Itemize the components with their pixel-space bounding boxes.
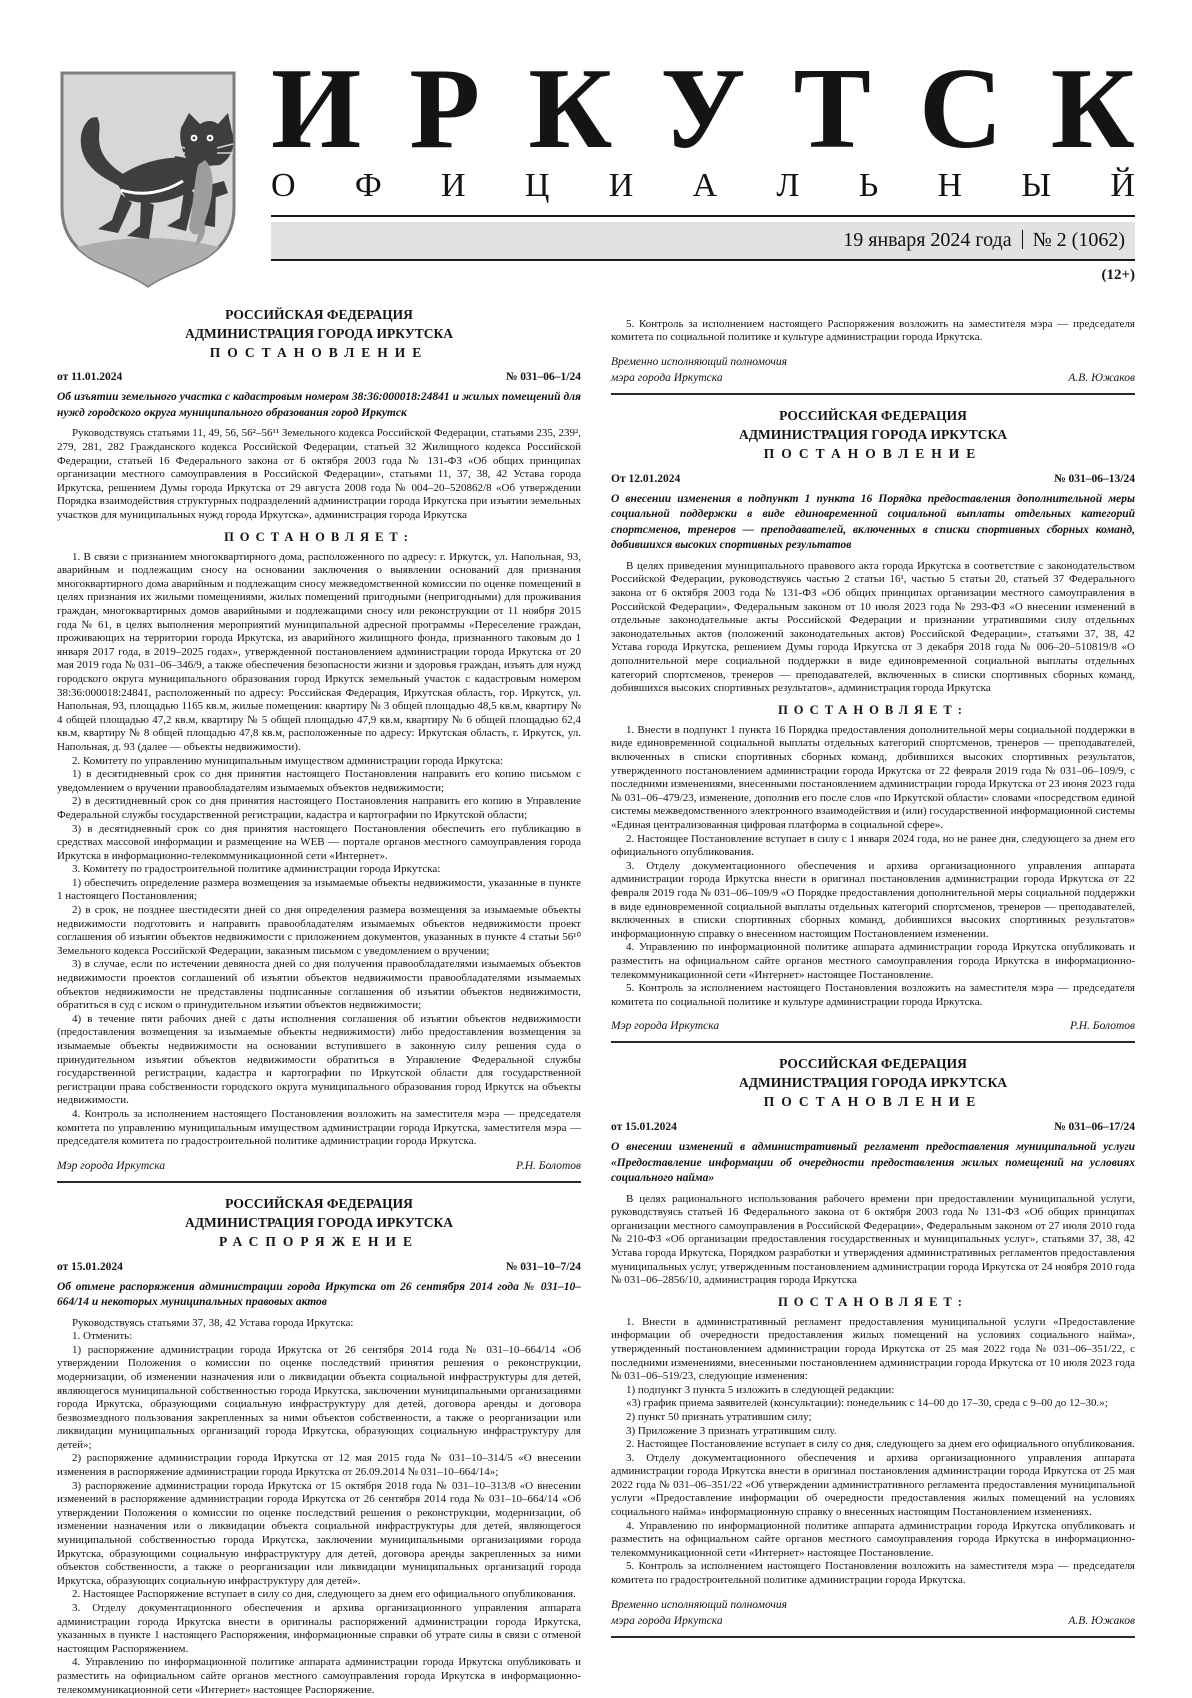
paragraph: 1) в десятидневный срок со дня принятия … [57,768,581,795]
org-line: РОССИЙСКАЯ ФЕДЕРАЦИЯ [611,1055,1135,1074]
masthead-letter: Л [776,168,799,204]
masthead-letter: А [693,168,718,204]
issue-date: 19 января 2024 года [843,229,1011,251]
masthead-letter: Т [794,58,871,160]
document-header: РОССИЙСКАЯ ФЕДЕРАЦИЯАДМИНИСТРАЦИЯ ГОРОДА… [57,306,581,363]
paragraph: 3. Отделу документационного обеспечения … [611,1452,1135,1520]
newspaper-title: ИРКУТСК [271,52,1135,160]
newspaper-subtitle: ОФИЦИАЛЬНЫЙ [271,168,1135,204]
signature-name: А.В. Южаков [1068,1613,1135,1629]
paragraph: «3) график приема заявителей (консультац… [611,1397,1135,1411]
document-divider [57,1181,581,1183]
document-date: от 15.01.2024 [57,1261,123,1273]
babr-emblem-icon [57,68,239,290]
masthead-letter: Ь [859,168,879,204]
masthead-letter: Ы [1021,168,1051,204]
org-line: АДМИНИСТРАЦИЯ ГОРОДА ИРКУТСКА [57,325,581,344]
document-meta: от 15.01.2024№ 031–06–17/24 [611,1121,1135,1133]
masthead-letter: И [609,168,634,204]
masthead-letter: Ц [525,168,550,204]
document-number: № 031–10–7/24 [506,1261,581,1273]
age-rating: (12+) [271,267,1135,284]
paragraph: 5. Контроль за исполнением настоящего По… [611,982,1135,1009]
paragraph: 2. Настоящее Постановление вступает в си… [611,833,1135,860]
signature-role-line: Временно исполняющий полномочия [611,1597,787,1613]
masthead-letter: К [1051,58,1135,160]
paragraph: 3) в случае, если по истечении девяноста… [57,958,581,1012]
paragraph: 3) Приложение 3 признать утратившим силу… [611,1425,1135,1439]
resolve-heading: ПОСТАНОВЛЯЕТ: [611,703,1135,718]
paragraph: В целях приведения муниципального правов… [611,560,1135,696]
signature-name: Р.Н. Болотов [516,1158,581,1174]
document-meta: от 15.01.2024№ 031–10–7/24 [57,1261,581,1273]
masthead-letter: С [919,58,1003,160]
paragraph: 3. Комитету по градостроительной политик… [57,863,581,877]
document-kind: РАСПОРЯЖЕНИЕ [57,1233,581,1252]
signature-role: Временно исполняющий полномочиямэра горо… [611,1597,787,1629]
left-column: РОССИЙСКАЯ ФЕДЕРАЦИЯАДМИНИСТРАЦИЯ ГОРОДА… [57,294,581,1697]
masthead-letter: Ф [355,168,382,204]
document-meta: От 12.01.2024№ 031–06–13/24 [611,473,1135,485]
newspaper-page: ИРКУТСК ОФИЦИАЛЬНЫЙ 19 января 2024 года№… [0,0,1192,1698]
document-divider [611,1636,1135,1638]
paragraph: Руководствуясь статьями 11, 49, 56, 56²–… [57,427,581,522]
signature-role-line: Мэр города Иркутска [57,1158,165,1174]
org-line: АДМИНИСТРАЦИЯ ГОРОДА ИРКУТСКА [57,1214,581,1233]
paragraph: 1) обеспечить определение размера возмещ… [57,877,581,904]
signature-role-line: мэра города Иркутска [611,1613,787,1629]
document-date: От 12.01.2024 [611,473,680,485]
org-line: РОССИЙСКАЯ ФЕДЕРАЦИЯ [611,407,1135,426]
signature: Временно исполняющий полномочиямэра горо… [611,354,1135,386]
masthead: ИРКУТСК ОФИЦИАЛЬНЫЙ 19 января 2024 года№… [57,52,1135,284]
org-line: АДМИНИСТРАЦИЯ ГОРОДА ИРКУТСКА [611,1074,1135,1093]
masthead-letter: Й [1110,168,1135,204]
masthead-right: ИРКУТСК ОФИЦИАЛЬНЫЙ 19 января 2024 года№… [271,52,1135,284]
document-number: № 031–06–13/24 [1054,473,1135,485]
document-kind: ПОСТАНОВЛЕНИЕ [57,344,581,363]
document-header: РОССИЙСКАЯ ФЕДЕРАЦИЯАДМИНИСТРАЦИЯ ГОРОДА… [611,407,1135,464]
masthead-rule [271,215,1135,217]
org-line: АДМИНИСТРАЦИЯ ГОРОДА ИРКУТСКА [611,426,1135,445]
signature-role: Временно исполняющий полномочиямэра горо… [611,354,787,386]
columns: РОССИЙСКАЯ ФЕДЕРАЦИЯАДМИНИСТРАЦИЯ ГОРОДА… [57,294,1135,1697]
signature-role-line: Временно исполняющий полномочия [611,354,787,370]
signature-role: Мэр города Иркутска [611,1018,719,1034]
paragraph: 4. Контроль за исполнением настоящего По… [57,1108,581,1149]
paragraph: 5. Контроль за исполнением настоящего Ра… [611,318,1135,345]
paragraph: 1) подпункт 3 пункта 5 изложить в следую… [611,1384,1135,1398]
masthead-letter: К [528,58,612,160]
resolve-heading: ПОСТАНОВЛЯЕТ: [611,1295,1135,1310]
paragraph: В целях рационального использования рабо… [611,1193,1135,1288]
document-title: Об отмене распоряжения администрации гор… [57,1280,581,1311]
issue-bar: 19 января 2024 года№ 2 (1062) [271,222,1135,261]
paragraph: 1) распоряжение администрации города Ирк… [57,1344,581,1453]
issue-separator [1022,230,1023,249]
document-meta: от 11.01.2024№ 031–06–1/24 [57,371,581,383]
masthead-letter: Н [938,168,963,204]
paragraph: 5. Контроль за исполнением настоящего По… [611,1560,1135,1587]
document-number: № 031–06–1/24 [506,371,581,383]
paragraph: 1. В связи с признанием многоквартирного… [57,551,581,755]
paragraph: 4. Управлению по информационной политике… [611,941,1135,982]
issue-number: № 2 (1062) [1033,229,1125,251]
paragraph: 2) в срок, не позднее шестидесяти дней с… [57,904,581,958]
org-line: РОССИЙСКАЯ ФЕДЕРАЦИЯ [57,306,581,325]
signature-role-line: Мэр города Иркутска [611,1018,719,1034]
document-number: № 031–06–17/24 [1054,1121,1135,1133]
right-column: 5. Контроль за исполнением настоящего Ра… [611,294,1135,1644]
paragraph: 2. Настоящее Постановление вступает в си… [611,1438,1135,1452]
paragraph: 3) распоряжение администрации города Ирк… [57,1480,581,1589]
resolve-heading: ПОСТАНОВЛЯЕТ: [57,530,581,545]
signature: Временно исполняющий полномочиямэра горо… [611,1597,1135,1629]
masthead-letter: И [441,168,466,204]
paragraph: 1. Отменить: [57,1330,581,1344]
signature-role: Мэр города Иркутска [57,1158,165,1174]
document-divider [611,1041,1135,1043]
document-header: РОССИЙСКАЯ ФЕДЕРАЦИЯАДМИНИСТРАЦИЯ ГОРОДА… [611,1055,1135,1112]
paragraph: 2. Комитету по управлению муниципальным … [57,755,581,769]
signature-role-line: мэра города Иркутска [611,370,787,386]
paragraph: 2. Настоящее Распоряжение вступает в сил… [57,1588,581,1602]
signature: Мэр города ИркутскаР.Н. Болотов [611,1018,1135,1034]
masthead-letter: И [271,58,361,160]
paragraph: 2) пункт 50 признать утратившим силу; [611,1411,1135,1425]
signature: Мэр города ИркутскаР.Н. Болотов [57,1158,581,1174]
paragraph: 1. Внести в административный регламент п… [611,1316,1135,1384]
document-title: Об изъятии земельного участка с кадастро… [57,390,581,421]
masthead-letter: У [660,58,745,160]
paragraph: 2) распоряжение администрации города Ирк… [57,1452,581,1479]
paragraph: 4. Управлению по информационной политике… [57,1656,581,1697]
paragraph: 1. Внести в подпункт 1 пункта 16 Порядка… [611,724,1135,833]
paragraph: Руководствуясь статьями 37, 38, 42 Устав… [57,1317,581,1331]
document-title: О внесении изменений в административный … [611,1140,1135,1187]
paragraph: 2) в десятидневный срок со дня принятия … [57,795,581,822]
document-kind: ПОСТАНОВЛЕНИЕ [611,445,1135,464]
signature-name: Р.Н. Болотов [1070,1018,1135,1034]
paragraph: 3. Отделу документационного обеспечения … [57,1602,581,1656]
masthead-letter: Р [409,58,480,160]
document-date: от 15.01.2024 [611,1121,677,1133]
signature-name: А.В. Южаков [1068,370,1135,386]
document-date: от 11.01.2024 [57,371,122,383]
irkutsk-coat-of-arms [57,68,239,290]
paragraph: 4. Управлению по информационной политике… [611,1520,1135,1561]
paragraph: 4) в течение пяти рабочих дней с даты ис… [57,1013,581,1108]
document-title: О внесении изменения в подпункт 1 пункта… [611,492,1135,554]
org-line: РОССИЙСКАЯ ФЕДЕРАЦИЯ [57,1195,581,1214]
masthead-letter: О [271,168,296,204]
document-header: РОССИЙСКАЯ ФЕДЕРАЦИЯАДМИНИСТРАЦИЯ ГОРОДА… [57,1195,581,1252]
document-divider [611,393,1135,395]
paragraph: 3. Отделу документационного обеспечения … [611,860,1135,942]
paragraph: 3) в десятидневный срок со дня принятия … [57,823,581,864]
document-kind: ПОСТАНОВЛЕНИЕ [611,1093,1135,1112]
